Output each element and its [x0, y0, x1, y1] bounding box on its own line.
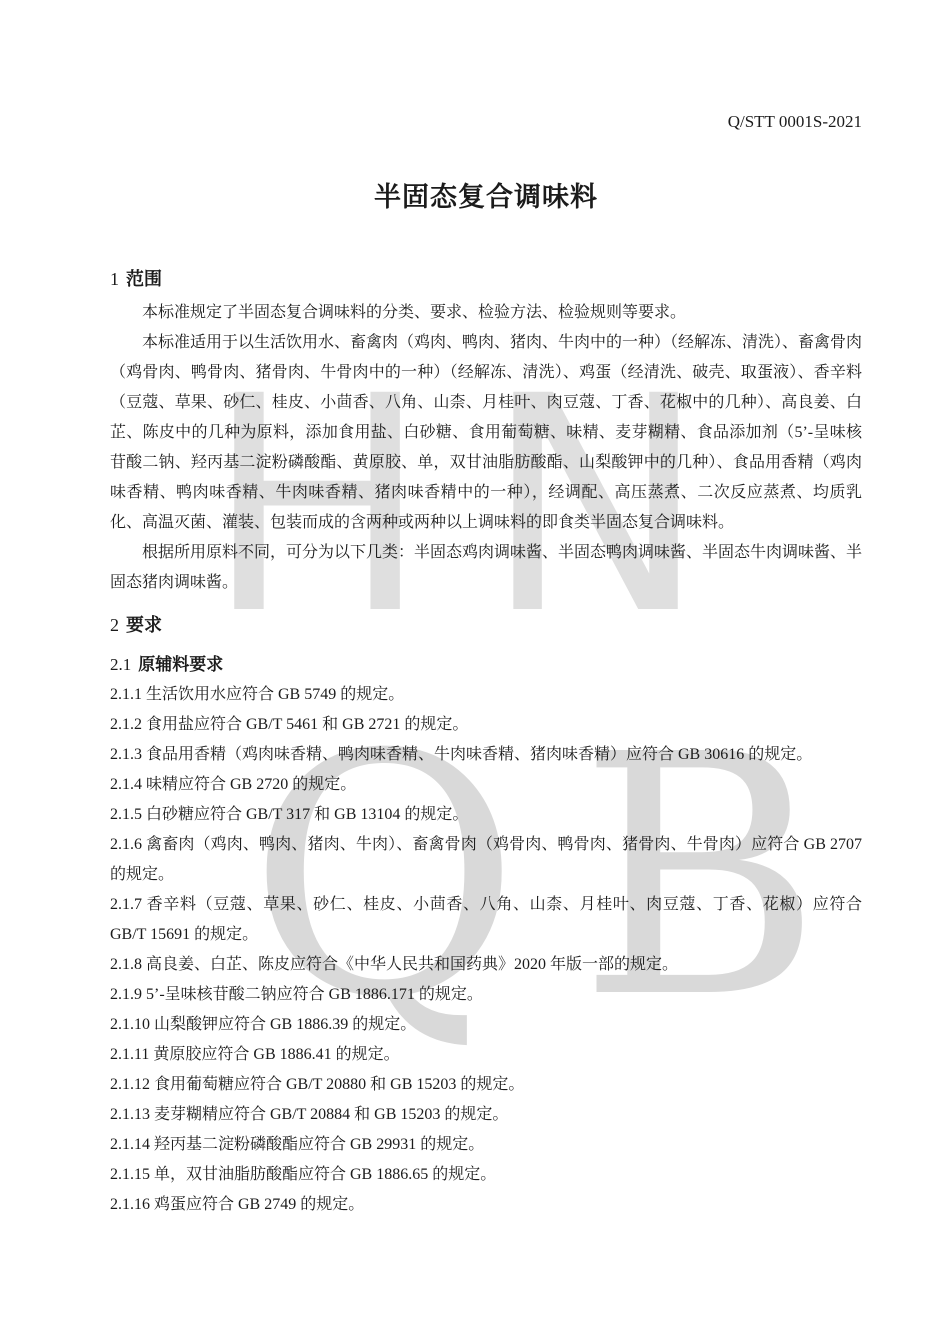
- scope-paragraph: 根据所用原料不同，可分为以下几类：半固态鸡肉调味酱、半固态鸭肉调味酱、半固态牛肉…: [110, 538, 862, 598]
- requirement-item: 2.1.8 高良姜、白芷、陈皮应符合《中华人民共和国药典》2020 年版一部的规…: [110, 950, 862, 980]
- requirement-item: 2.1.10 山梨酸钾应符合 GB 1886.39 的规定。: [110, 1010, 862, 1040]
- requirement-item: 2.1.2 食用盐应符合 GB/T 5461 和 GB 2721 的规定。: [110, 710, 862, 740]
- section-1-label: 范围: [126, 269, 162, 289]
- requirement-item: 2.1.15 单，双甘油脂肪酸酯应符合 GB 1886.65 的规定。: [110, 1160, 862, 1190]
- section-2-label: 要求: [126, 615, 162, 635]
- scope-paragraph: 本标准规定了半固态复合调味料的分类、要求、检验方法、检验规则等要求。: [110, 298, 862, 328]
- section-2-heading: 2要求: [110, 612, 862, 638]
- requirement-item: 2.1.12 食用葡萄糖应符合 GB/T 20880 和 GB 15203 的规…: [110, 1070, 862, 1100]
- requirement-item: 2.1.3 食品用香精（鸡肉味香精、鸭肉味香精、牛肉味香精、猪肉味香精）应符合 …: [110, 740, 862, 770]
- section-2-number: 2: [110, 615, 119, 635]
- requirement-item: 2.1.5 白砂糖应符合 GB/T 317 和 GB 13104 的规定。: [110, 800, 862, 830]
- requirement-item: 2.1.7 香辛料（豆蔻、草果、砂仁、桂皮、小茴香、八角、山柰、月桂叶、肉豆蔻、…: [110, 890, 862, 950]
- requirement-item: 2.1.13 麦芽糊精应符合 GB/T 20884 和 GB 15203 的规定…: [110, 1100, 862, 1130]
- document-content: Q/STT 0001S-2021 半固态复合调味料 1范围 本标准规定了半固态复…: [110, 0, 862, 1220]
- requirement-item: 2.1.16 鸡蛋应符合 GB 2749 的规定。: [110, 1190, 862, 1220]
- standard-code: Q/STT 0001S-2021: [110, 0, 862, 134]
- requirement-item: 2.1.14 羟丙基二淀粉磷酸酯应符合 GB 29931 的规定。: [110, 1130, 862, 1160]
- subsection-2-1-label: 原辅料要求: [138, 655, 223, 674]
- requirement-items: 2.1.1 生活饮用水应符合 GB 5749 的规定。2.1.2 食用盐应符合 …: [110, 680, 862, 1220]
- scope-paragraphs: 本标准规定了半固态复合调味料的分类、要求、检验方法、检验规则等要求。本标准适用于…: [110, 298, 862, 598]
- requirement-item: 2.1.11 黄原胶应符合 GB 1886.41 的规定。: [110, 1040, 862, 1070]
- requirement-item: 2.1.4 味精应符合 GB 2720 的规定。: [110, 770, 862, 800]
- scope-paragraph: 本标准适用于以生活饮用水、畜禽肉（鸡肉、鸭肉、猪肉、牛肉中的一种）（经解冻、清洗…: [110, 328, 862, 538]
- section-1-heading: 1范围: [110, 266, 862, 292]
- document-page: HN QB Q/STT 0001S-2021 半固态复合调味料 1范围 本标准规…: [0, 0, 950, 1344]
- subsection-2-1-number: 2.1: [110, 655, 131, 674]
- requirement-item: 2.1.1 生活饮用水应符合 GB 5749 的规定。: [110, 680, 862, 710]
- requirement-item: 2.1.6 禽畜肉（鸡肉、鸭肉、猪肉、牛肉）、畜禽骨肉（鸡骨肉、鸭骨肉、猪骨肉、…: [110, 830, 862, 890]
- subsection-2-1-heading: 2.1原辅料要求: [110, 652, 862, 678]
- section-1-number: 1: [110, 269, 119, 289]
- requirement-item: 2.1.9 5’-呈味核苷酸二钠应符合 GB 1886.171 的规定。: [110, 980, 862, 1010]
- document-title: 半固态复合调味料: [110, 178, 862, 216]
